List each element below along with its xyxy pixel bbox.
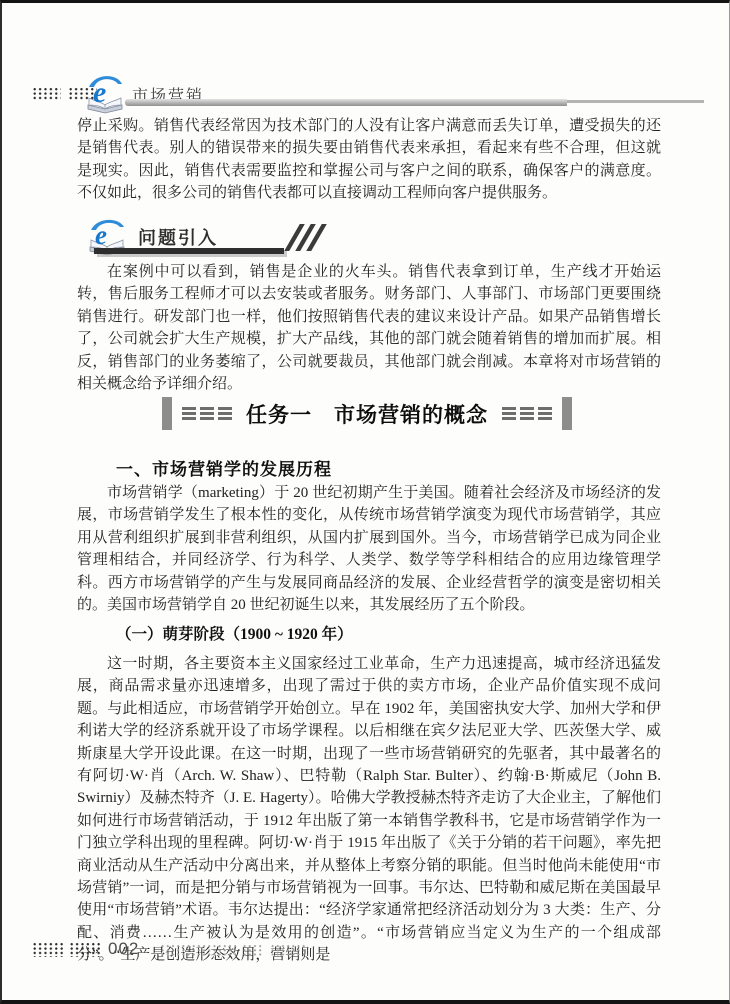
- task-title: 任务一 市场营销的概念: [242, 399, 492, 429]
- header-rule-thin: [567, 100, 704, 103]
- task-heading: 任务一 市场营销的概念: [2, 397, 730, 430]
- dot-block: [242, 944, 264, 956]
- triple-bar-glyph: [502, 407, 516, 420]
- triple-bar-glyph: [182, 407, 196, 420]
- triple-slash-icon: [292, 224, 319, 251]
- footer-dot-pattern-dark: [32, 942, 100, 957]
- stage-paragraph: 这一时期，各主要资本主义国家经过工业革命，生产力迅速提高，城市经济迅猛发展，商品…: [77, 653, 661, 967]
- triple-bar-glyph: [520, 407, 534, 420]
- triple-bar-icon: [502, 407, 552, 420]
- footer-dot-pattern-light: [160, 944, 308, 956]
- page-number: 002: [108, 939, 139, 959]
- ebook-e-icon: e: [86, 217, 128, 262]
- intro-underline: [94, 248, 284, 254]
- header-rule: [125, 99, 704, 106]
- stage-heading: （一）萌芽阶段（1900 ~ 1920 年）: [116, 622, 353, 644]
- dot-block: [69, 942, 100, 957]
- ebook-e-icon: e: [86, 71, 124, 120]
- section-heading: 一、市场营销学的发展历程: [116, 455, 332, 480]
- dot-block: [32, 942, 63, 957]
- dot-block: [270, 944, 308, 956]
- vertical-bar-icon: [162, 397, 172, 430]
- dot-block: [32, 87, 61, 100]
- intro-paragraph: 在案例中可以看到，销售是企业的火车头。销售代表拿到订单，生产线才开始运转，售后服…: [77, 261, 661, 395]
- section-paragraph: 市场营销学（marketing）于 20 世纪初期产生于美国。随着社会经济及市场…: [77, 482, 661, 616]
- triple-bar-glyph: [218, 407, 232, 420]
- paragraph-continued: 停止采购。销售代表经常因为技术部门的人没有让客户满意而丢失订单，遭受损失的还是销…: [77, 115, 661, 205]
- dot-block: [160, 944, 236, 956]
- triple-bar-glyph: [200, 407, 214, 420]
- header-rule-thick: [125, 99, 567, 106]
- intro-section-label: 问题引入: [138, 224, 218, 250]
- triple-bar-icon: [182, 407, 232, 420]
- triple-bar-glyph: [538, 407, 552, 420]
- book-page: e 市场营销 停止采购。销售代表经常因为技术部门的人没有让客户满意而丢失订单，遭…: [0, 0, 730, 1004]
- vertical-bar-icon: [562, 397, 572, 430]
